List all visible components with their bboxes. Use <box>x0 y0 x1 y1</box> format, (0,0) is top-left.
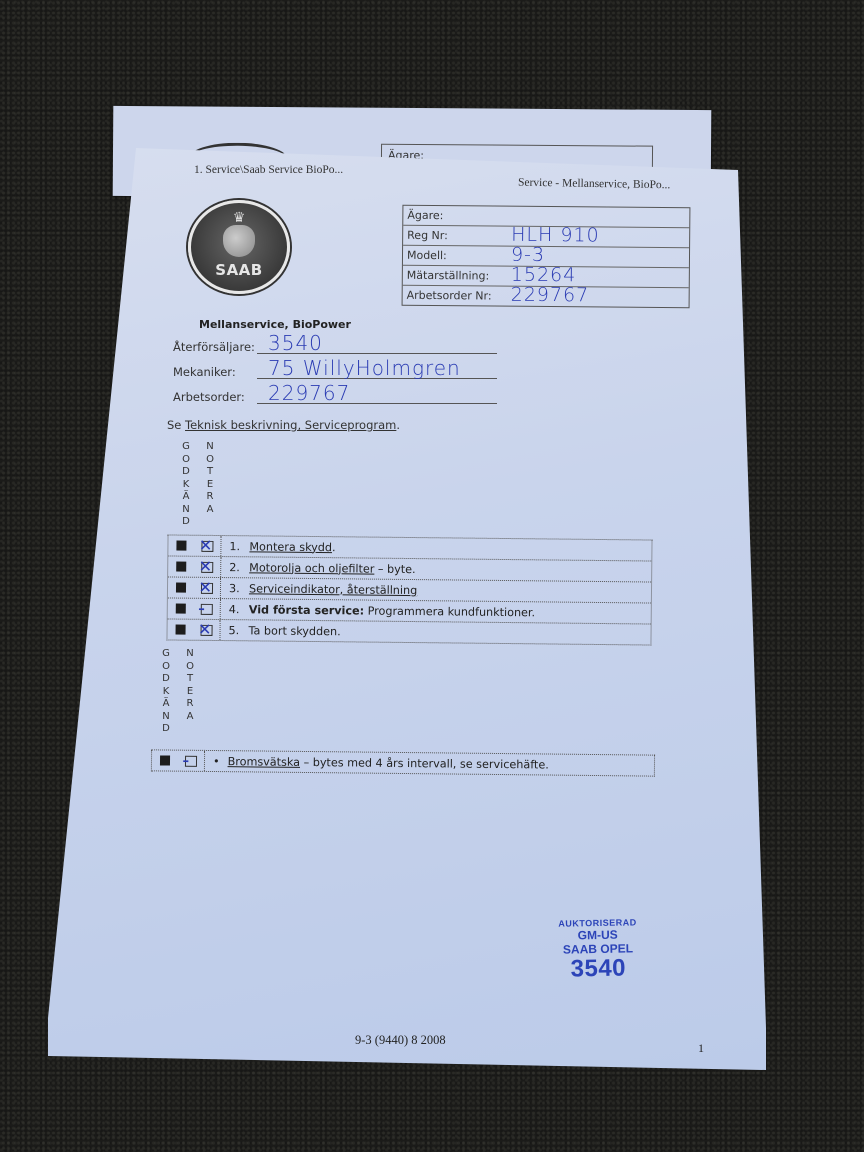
label-letter: O <box>205 454 215 467</box>
approved-label: GODKÄND <box>161 648 171 736</box>
label-letter: N <box>185 648 195 661</box>
label-letter: A <box>205 504 215 517</box>
item-rest: – byte. <box>374 562 415 575</box>
label-letter: R <box>205 491 215 504</box>
check-row: ✕5.Ta bort skydden. <box>167 619 650 644</box>
item-number: 5. <box>221 624 249 637</box>
pen-stroke-icon: – <box>182 754 198 770</box>
bullet: • <box>205 754 228 767</box>
item-text: Serviceindikator, återställning <box>249 582 417 597</box>
saab-logo: ♛ SAAB <box>188 200 290 294</box>
field-label: Återförsäljare: <box>173 340 255 354</box>
field-value[interactable]: 75 WillyHolmgren <box>268 356 461 380</box>
item-text: Ta bort skydden. <box>249 624 341 638</box>
item-bold: Vid första service: <box>249 603 364 617</box>
label-letter: D <box>161 723 171 736</box>
field-value[interactable]: 3540 <box>268 331 323 355</box>
note-label: NOTERA <box>205 441 215 529</box>
approved-checkbox[interactable] <box>175 604 185 614</box>
see-prefix: Se <box>167 418 185 432</box>
check-row: – • Bromsvätska – bytes med 4 års interv… <box>152 750 654 775</box>
header-left: 1. Service\Saab Service BioPo... <box>194 164 343 176</box>
item-text: Montera skydd. <box>249 540 335 554</box>
label-letter: R <box>185 698 195 711</box>
note-checkbox[interactable]: ✕ <box>201 561 213 572</box>
note-label: NOTERA <box>185 648 195 736</box>
approved-checkbox[interactable] <box>176 541 186 551</box>
note-checkbox[interactable]: ✕ <box>200 582 212 593</box>
stamp-line-2: GM-US <box>558 927 638 942</box>
item-number: 2. <box>221 561 249 574</box>
field-mechanic: Mekaniker: 75 WillyHolmgren <box>173 365 236 379</box>
label-letter: E <box>205 479 215 492</box>
field-dealer: Återförsäljare: 3540 <box>173 340 255 354</box>
pen-cross-icon: ✕ <box>198 580 214 596</box>
info-label: Mätarställning: <box>403 269 511 283</box>
note-checkbox[interactable]: – <box>200 603 212 614</box>
note-checkbox[interactable]: ✕ <box>201 540 213 551</box>
info-value[interactable]: 229767 <box>511 284 590 307</box>
field-label: Arbetsorder: <box>173 390 245 404</box>
note-checkbox[interactable]: ✕ <box>200 624 212 635</box>
checkbox-group: ✕ <box>167 619 220 640</box>
checkbox-group: ✕ <box>168 556 221 577</box>
info-value[interactable]: 9-3 <box>511 244 545 266</box>
item-number: 4. <box>221 603 249 616</box>
item-text: Vid första service: Programmera kundfunk… <box>249 603 535 619</box>
info-row-reg: Reg Nr: HLH 910 <box>403 226 689 248</box>
info-label: Arbetsorder Nr: <box>403 289 511 303</box>
page-number: 1 <box>698 1041 704 1056</box>
item-text: Motorolja och oljefilter – byte. <box>249 561 416 576</box>
approved-checkbox[interactable] <box>175 625 185 635</box>
label-letter: D <box>181 516 191 529</box>
service-checklist: ✕1.Montera skydd.✕2.Motorolja och oljefi… <box>166 534 652 645</box>
stamp-number: 3540 <box>558 955 638 982</box>
label-letter: N <box>181 504 191 517</box>
label-letter: O <box>181 454 191 467</box>
field-value[interactable]: 229767 <box>268 381 350 405</box>
checkbox-group: ✕ <box>168 577 221 598</box>
header-right: Service - Mellanservice, BioPo... <box>518 177 671 192</box>
checkbox-group: – <box>152 750 205 771</box>
approved-checkbox[interactable] <box>176 562 186 572</box>
item-rest: Programmera kundfunktioner. <box>364 604 535 619</box>
label-letter: A <box>185 711 195 724</box>
item-link[interactable]: Bromsvätska <box>228 755 301 769</box>
pen-cross-icon: ✕ <box>199 559 215 575</box>
label-letter: E <box>185 686 195 699</box>
info-label: Ägare: <box>403 209 511 223</box>
info-row-work-order: Arbetsorder Nr: 229767 <box>403 286 689 307</box>
label-letter: Ä <box>161 698 171 711</box>
checkbox-group: ✕ <box>168 535 221 556</box>
approved-checkbox[interactable] <box>175 583 185 593</box>
column-labels-1: GODKÄND NOTERA <box>181 441 215 529</box>
pen-cross-icon: ✕ <box>198 622 214 638</box>
stamp-arc-text: AUKTORISERAD <box>557 917 637 928</box>
label-letter: D <box>181 466 191 479</box>
label-letter: K <box>161 686 171 699</box>
item-rest: . <box>332 541 336 554</box>
item-number: 1. <box>221 540 249 553</box>
griffin-icon <box>223 225 255 257</box>
logo-wordmark: SAAB <box>191 261 287 279</box>
label-letter: T <box>185 673 195 686</box>
label-letter: G <box>161 648 171 661</box>
see-reference: Se Teknisk beskrivning, Serviceprogram. <box>167 418 400 432</box>
see-suffix: . <box>396 418 400 432</box>
service-sheet: 1. Service\Saab Service BioPo... Service… <box>48 148 766 1070</box>
item-link[interactable]: Montera skydd <box>249 540 332 554</box>
label-letter: D <box>161 673 171 686</box>
label-letter: N <box>161 711 171 724</box>
approved-label: GODKÄND <box>181 441 191 529</box>
item-rest: Ta bort skydden. <box>249 624 341 638</box>
item-link[interactable]: Motorolja och oljefilter <box>249 561 374 575</box>
vehicle-info-table: Ägare: Reg Nr: HLH 910 Modell: 9-3 Mätar… <box>402 205 691 309</box>
brake-fluid-item: – • Bromsvätska – bytes med 4 års interv… <box>151 749 655 776</box>
form-title: Mellanservice, BioPower <box>199 318 351 331</box>
checkbox-group: – <box>168 598 221 619</box>
crown-icon: ♛ <box>227 211 251 225</box>
dealer-stamp: AUKTORISERAD GM-US SAAB OPEL 3540 <box>557 917 638 982</box>
label-letter: T <box>205 466 215 479</box>
label-letter: O <box>161 661 171 674</box>
item-link[interactable]: Serviceindikator, återställning <box>249 582 417 597</box>
pen-cross-icon: ✕ <box>199 538 215 554</box>
label-letter: Ä <box>181 491 191 504</box>
column-labels-2: GODKÄND NOTERA <box>161 648 195 736</box>
label-letter: K <box>181 479 191 492</box>
approved-checkbox[interactable] <box>159 755 169 765</box>
label-letter: N <box>205 441 215 454</box>
see-link[interactable]: Teknisk beskrivning, Serviceprogram <box>185 418 396 432</box>
item-number: 3. <box>221 582 249 595</box>
item-text: Bromsvätska – bytes med 4 års intervall,… <box>228 755 549 771</box>
label-letter: O <box>185 661 195 674</box>
pen-stroke-icon: – <box>198 602 214 618</box>
footer-model-code: 9-3 (9440) 8 2008 <box>355 1033 446 1048</box>
note-checkbox[interactable]: – <box>184 755 196 766</box>
info-label: Reg Nr: <box>403 229 511 243</box>
field-label: Mekaniker: <box>173 365 236 379</box>
info-label: Modell: <box>403 249 511 263</box>
field-work-order: Arbetsorder: 229767 <box>173 390 245 404</box>
label-letter: G <box>181 441 191 454</box>
